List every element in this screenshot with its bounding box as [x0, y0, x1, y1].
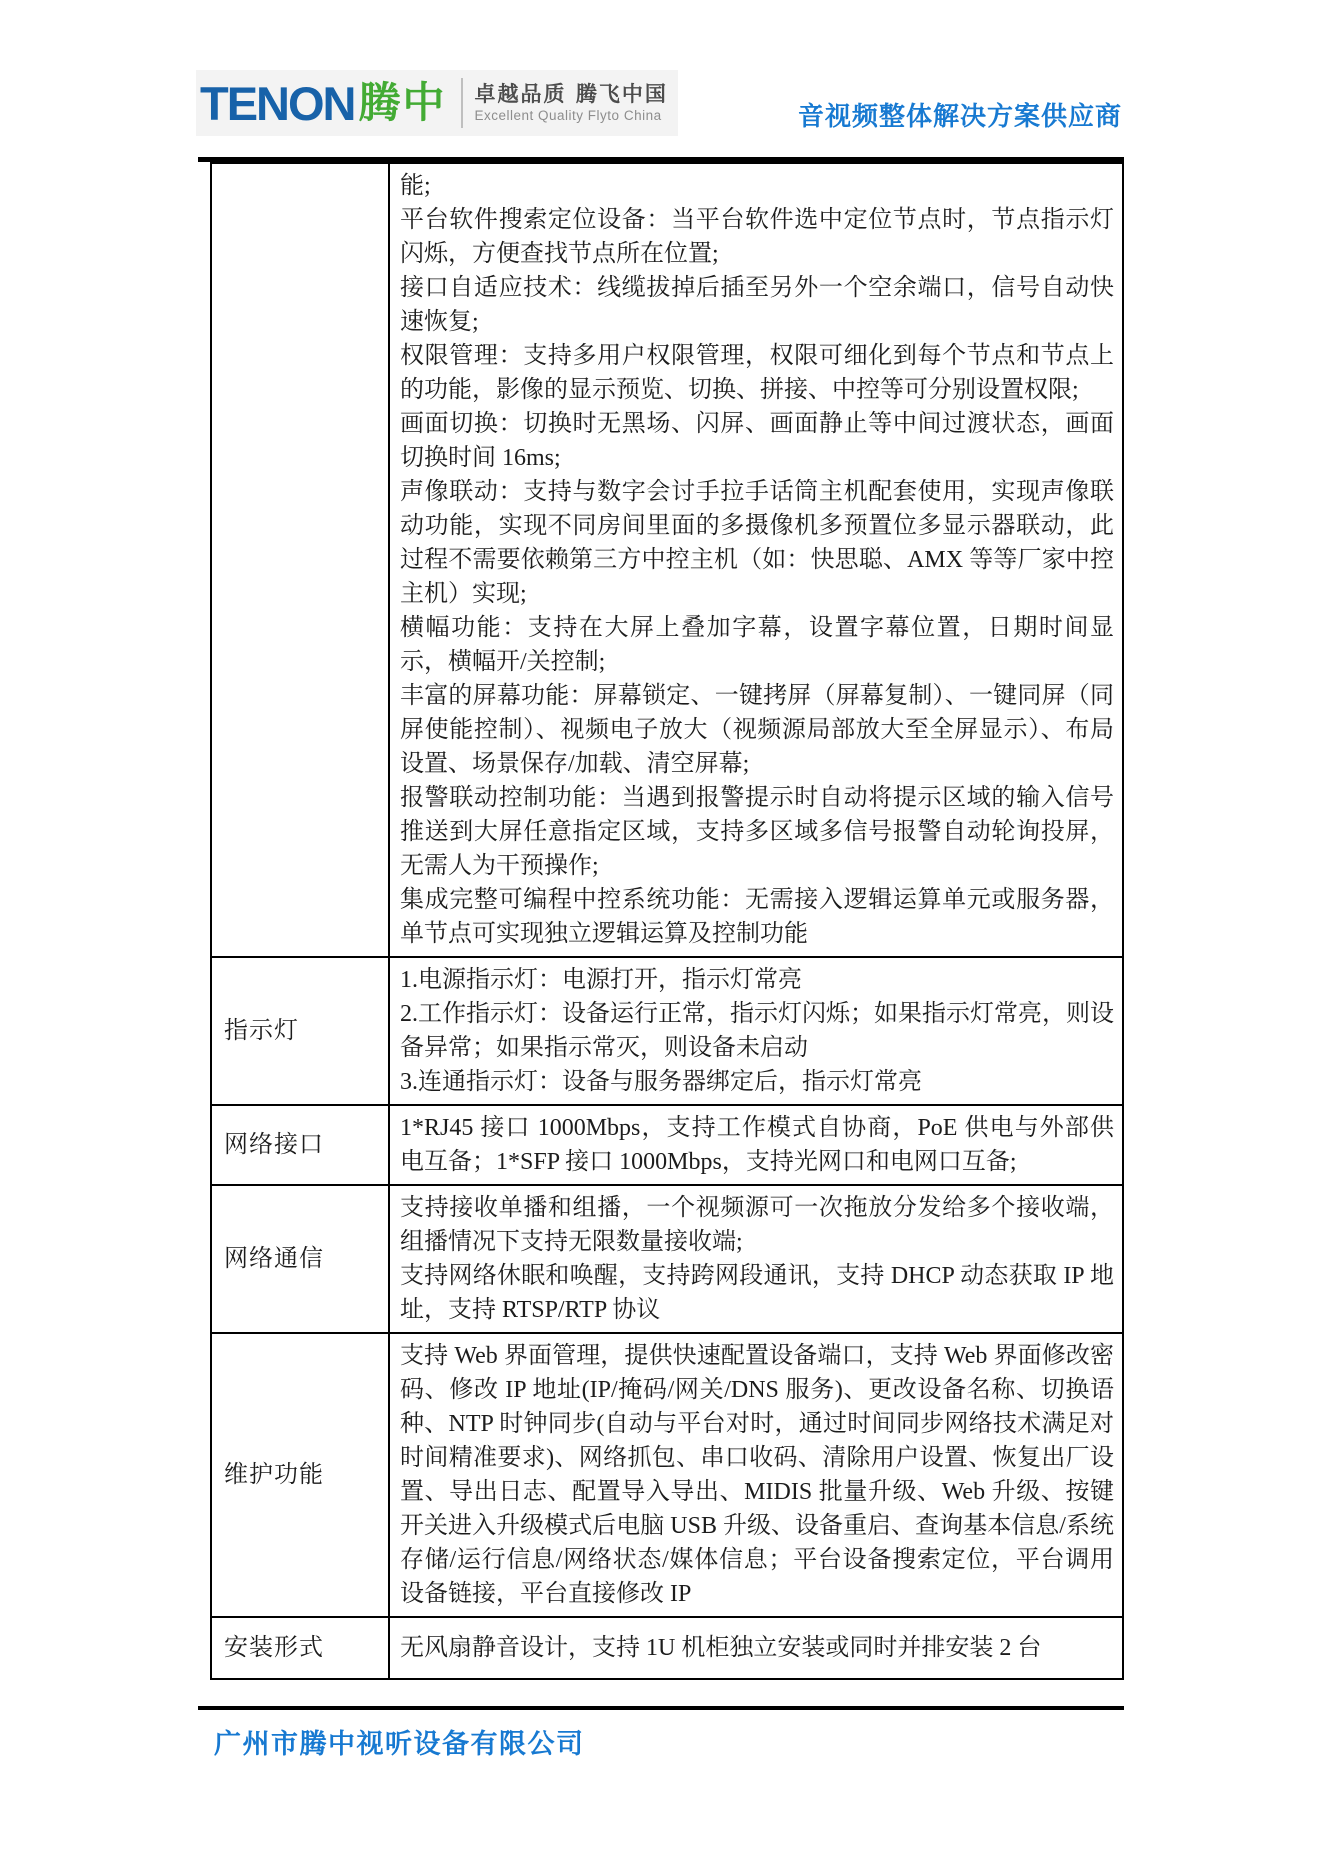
table-row: 网络接口 1*RJ45 接口 1000Mbps，支持工作模式自协商，PoE 供电…	[211, 1105, 1123, 1185]
table-row: 能; 平台软件搜索定位设备：当平台软件选中定位节点时，节点指示灯闪烁，方便查找节…	[211, 163, 1123, 957]
footer-company-name: 广州市腾中视听设备有限公司	[214, 1722, 585, 1761]
row-label-maintenance: 维护功能	[211, 1333, 389, 1617]
spec-paragraph: 权限管理：支持多用户权限管理，权限可细化到每个节点和节点上的功能，影像的显示预览…	[400, 339, 1114, 407]
spec-paragraph: 平台软件搜索定位设备：当平台软件选中定位节点时，节点指示灯闪烁，方便查找节点所在…	[400, 203, 1114, 271]
spec-paragraph: 丰富的屏幕功能：屏幕锁定、一键拷屏（屏幕复制）、一键同屏（同屏使能控制）、视频电…	[400, 679, 1114, 781]
row-label-indicator-lights: 指示灯	[211, 957, 389, 1105]
spec-paragraph: 支持 Web 界面管理，提供快速配置设备端口，支持 Web 界面修改密码、修改 …	[400, 1339, 1114, 1611]
spec-paragraph: 声像联动：支持与数字会讨手拉手话筒主机配套使用，实现声像联动功能，实现不同房间里…	[400, 475, 1114, 611]
row-label-network-port: 网络接口	[211, 1105, 389, 1185]
spec-paragraph: 支持网络休眠和唤醒，支持跨网段通讯，支持 DHCP 动态获取 IP 地址，支持 …	[400, 1259, 1114, 1327]
row-label-network-communication: 网络通信	[211, 1185, 389, 1333]
spec-paragraph: 横幅功能：支持在大屏上叠加字幕，设置字幕位置，日期时间显示，横幅开/关控制;	[400, 611, 1114, 679]
row-content-installation: 无风扇静音设计，支持 1U 机柜独立安装或同时并排安装 2 台	[389, 1617, 1123, 1679]
company-logo: TENON 腾中 卓越品质 腾飞中国 Excellent Quality Fly…	[196, 70, 678, 136]
logo-divider	[461, 78, 463, 128]
spec-paragraph: 接口自适应技术：线缆拔掉后插至另外一个空余端口，信号自动快速恢复;	[400, 271, 1114, 339]
spec-paragraph: 1*RJ45 接口 1000Mbps，支持工作模式自协商，PoE 供电与外部供电…	[400, 1111, 1114, 1179]
table-row: 指示灯 1.电源指示灯：电源打开，指示灯常亮 2.工作指示灯：设备运行正常，指示…	[211, 957, 1123, 1105]
row-content-maintenance: 支持 Web 界面管理，提供快速配置设备端口，支持 Web 界面修改密码、修改 …	[389, 1333, 1123, 1617]
row-content-network-port: 1*RJ45 接口 1000Mbps，支持工作模式自协商，PoE 供电与外部供电…	[389, 1105, 1123, 1185]
spec-paragraph: 无风扇静音设计，支持 1U 机柜独立安装或同时并排安装 2 台	[400, 1631, 1114, 1665]
spec-paragraph: 2.工作指示灯：设备运行正常，指示灯闪烁；如果指示灯常亮，则设备异常；如果指示常…	[400, 997, 1114, 1065]
row-content-continuation: 能; 平台软件搜索定位设备：当平台软件选中定位节点时，节点指示灯闪烁，方便查找节…	[389, 163, 1123, 957]
row-label-continuation	[211, 163, 389, 957]
spec-paragraph: 能;	[400, 169, 1114, 203]
spec-paragraph: 支持接收单播和组播，一个视频源可一次拖放分发给多个接收端，组播情况下支持无限数量…	[400, 1191, 1114, 1259]
footer-rule	[198, 1706, 1124, 1710]
spec-table: 能; 平台软件搜索定位设备：当平台软件选中定位节点时，节点指示灯闪烁，方便查找节…	[210, 162, 1124, 1680]
document-page: TENON 腾中 卓越品质 腾飞中国 Excellent Quality Fly…	[0, 0, 1323, 1871]
table-row: 安装形式 无风扇静音设计，支持 1U 机柜独立安装或同时并排安装 2 台	[211, 1617, 1123, 1679]
spec-paragraph: 画面切换：切换时无黑场、闪屏、画面静止等中间过渡状态，画面切换时间 16ms;	[400, 407, 1114, 475]
logo-brand-cn: 腾中	[359, 82, 447, 124]
table-row: 网络通信 支持接收单播和组播，一个视频源可一次拖放分发给多个接收端，组播情况下支…	[211, 1185, 1123, 1333]
spec-paragraph: 集成完整可编程中控系统功能：无需接入逻辑运算单元或服务器，单节点可实现独立逻辑运…	[400, 883, 1114, 951]
spec-paragraph: 报警联动控制功能：当遇到报警提示时自动将提示区域的输入信号推送到大屏任意指定区域…	[400, 781, 1114, 883]
spec-paragraph: 3.连通指示灯：设备与服务器绑定后，指示灯常亮	[400, 1065, 1114, 1099]
logo-tagline: 卓越品质 腾飞中国 Excellent Quality Flyto China	[475, 82, 668, 125]
logo-brand-latin: TENON	[200, 80, 355, 127]
table-row: 维护功能 支持 Web 界面管理，提供快速配置设备端口，支持 Web 界面修改密…	[211, 1333, 1123, 1617]
row-label-installation: 安装形式	[211, 1617, 389, 1679]
row-content-indicator-lights: 1.电源指示灯：电源打开，指示灯常亮 2.工作指示灯：设备运行正常，指示灯闪烁；…	[389, 957, 1123, 1105]
spec-paragraph: 1.电源指示灯：电源打开，指示灯常亮	[400, 963, 1114, 997]
logo-tagline-cn: 卓越品质 腾飞中国	[475, 82, 668, 107]
logo-tagline-en: Excellent Quality Flyto China	[475, 107, 668, 125]
row-content-network-communication: 支持接收单播和组播，一个视频源可一次拖放分发给多个接收端，组播情况下支持无限数量…	[389, 1185, 1123, 1333]
header-slogan: 音视频整体解决方案供应商	[798, 96, 1122, 133]
